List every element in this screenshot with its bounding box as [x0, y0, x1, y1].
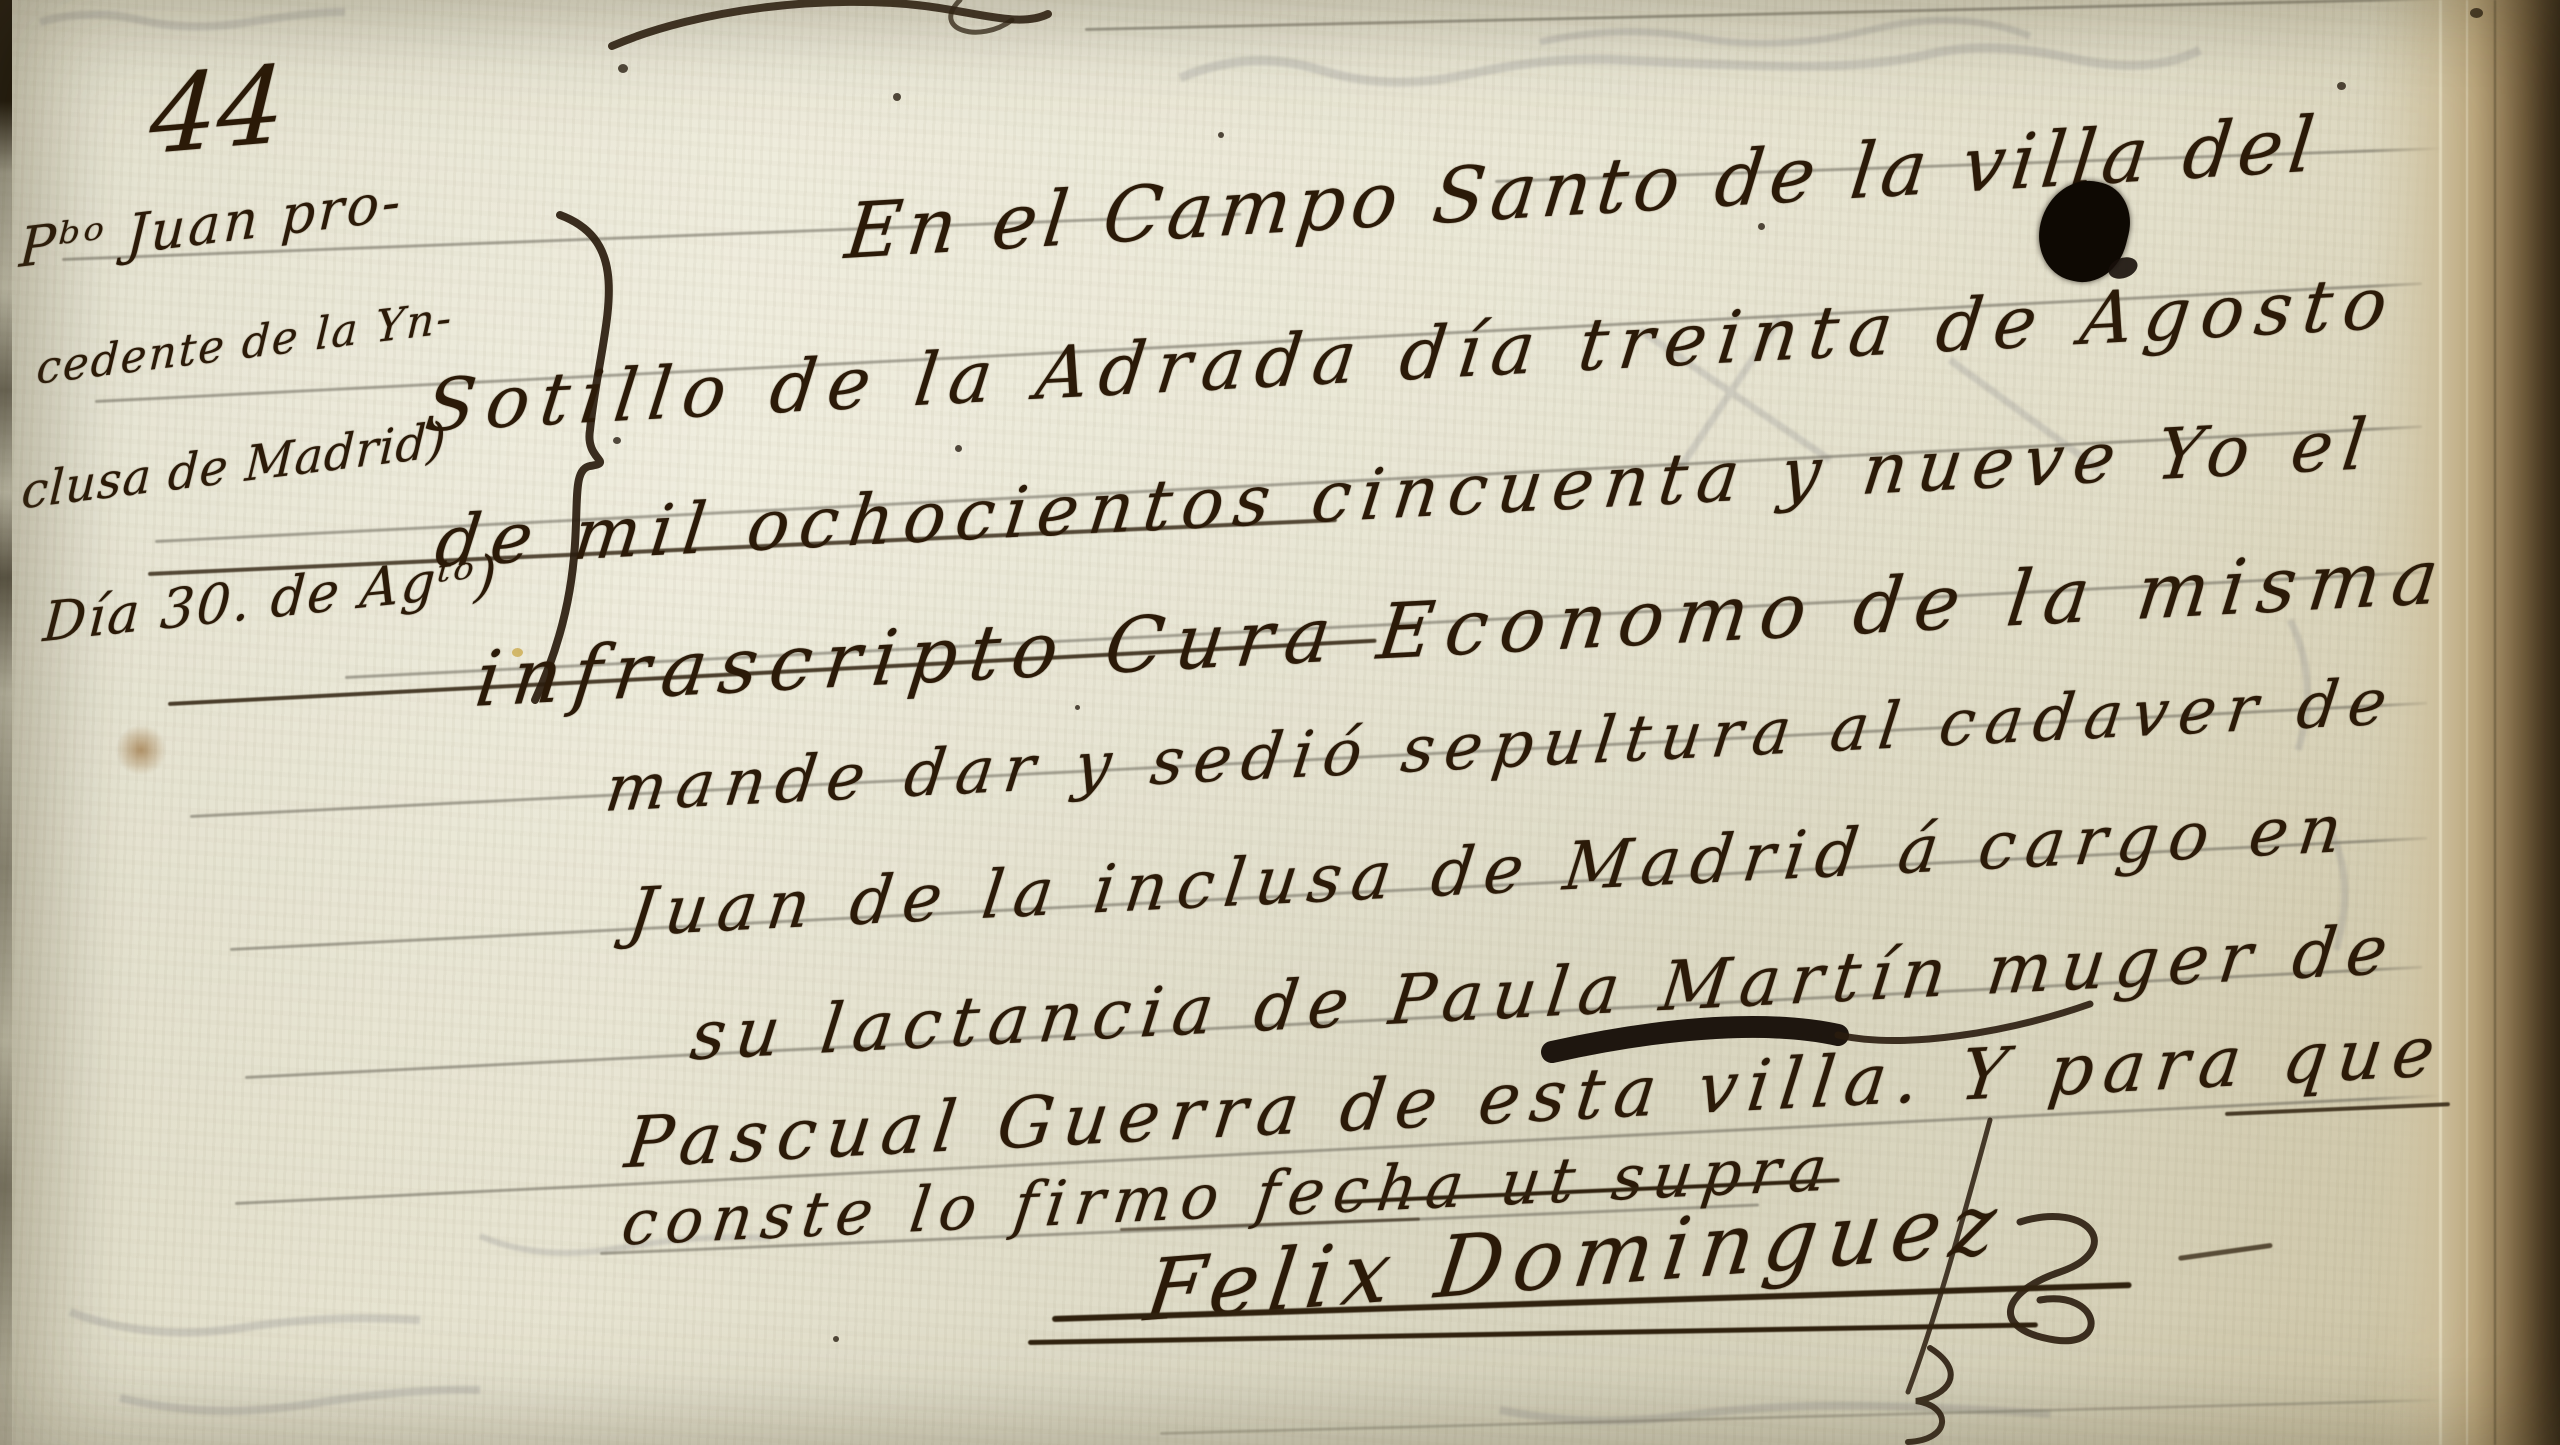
ink-speck	[2337, 82, 2346, 90]
previous-entry-flourish	[612, 2, 1048, 46]
previous-entry-flourish	[951, 0, 1012, 32]
margin-note-line-2: cedente de la Yn-	[35, 296, 454, 392]
ink-speck	[1758, 223, 1765, 230]
stray-ink-dash	[2178, 1243, 2273, 1261]
brown-stain	[116, 724, 166, 776]
ink-speck	[2470, 8, 2483, 18]
margin-date-note: Día 30. de Agᵗᵒ)	[41, 548, 500, 651]
entry-number: 44	[147, 52, 287, 171]
ink-speck	[1075, 705, 1080, 710]
margin-note-line-3: clusa de Madrid)	[20, 416, 448, 517]
ink-speck	[893, 93, 901, 101]
page-edge-highlight	[2466, 0, 2468, 1445]
ghost-writing	[40, 12, 345, 27]
yellow-fleck	[512, 648, 523, 657]
ink-speck	[833, 1336, 839, 1342]
ink-speck	[613, 437, 621, 444]
left-page-edge	[0, 0, 12, 1445]
book-gutter	[2370, 0, 2560, 1445]
register-page-scan: 44 Pᵇᵒ Juan pro- cedente de la Yn- clusa…	[0, 0, 2560, 1445]
ghost-writing	[70, 1312, 480, 1411]
signature-rubric-tail	[1908, 1348, 1951, 1442]
page-edge-highlight	[2439, 0, 2442, 1445]
margin-note-line-1: Pᵇᵒ Juan pro-	[18, 174, 405, 276]
ink-speck	[1218, 132, 1224, 138]
ink-speck	[955, 445, 962, 452]
ink-speck	[618, 64, 628, 73]
ruled-line	[1160, 1398, 2460, 1435]
ruled-line	[1085, 0, 2445, 31]
manuscript-line-6: Juan de la inclusa de Madrid á cargo en	[625, 796, 2355, 947]
ghost-writing	[1180, 48, 2200, 82]
page-edge-shadow	[2494, 0, 2496, 1445]
ghost-writing	[1540, 20, 2030, 43]
